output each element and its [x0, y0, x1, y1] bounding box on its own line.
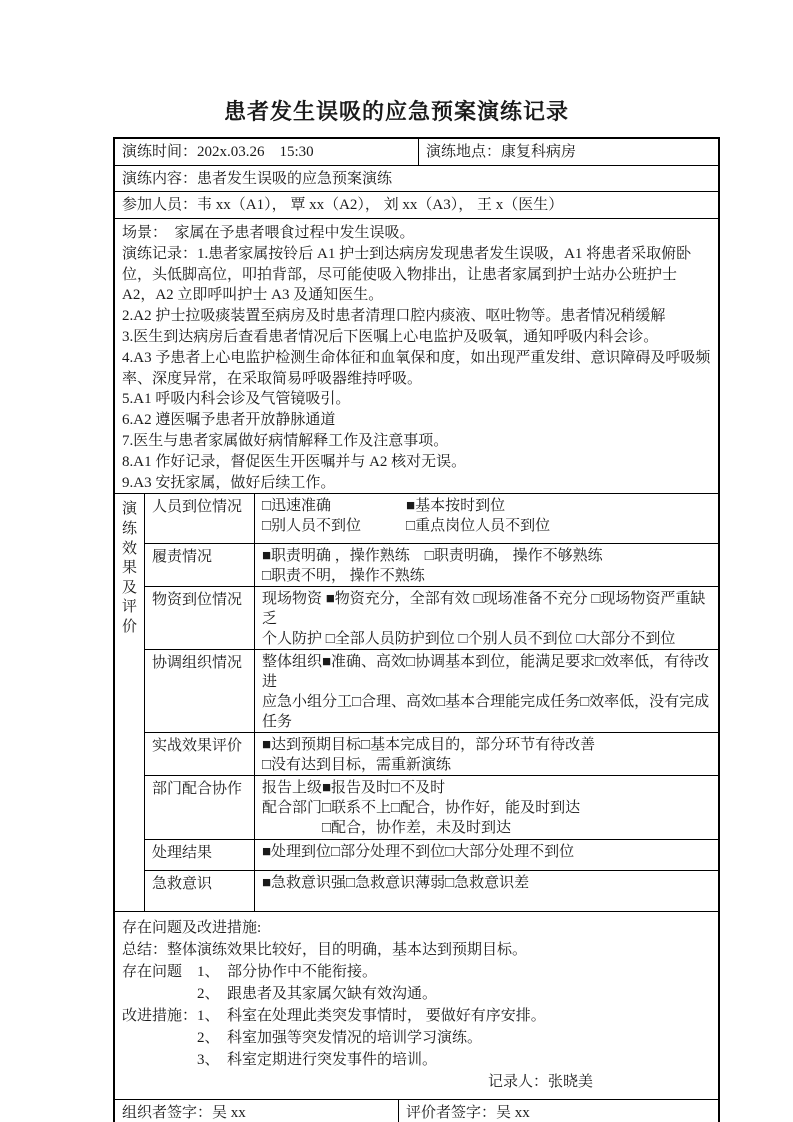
eval-row-content: ■处理到位□部分处理不到位□大部分处理不到位 — [255, 840, 718, 870]
cell-evaluator-signature: 评价者签字：吴 xx — [399, 1100, 718, 1122]
eval-row-label: 部门配合协作 — [145, 776, 255, 839]
cell-drill-time: 演练时间：202x.03.26 15:30 — [115, 139, 419, 165]
issues-summary: 总结：整体演练效果比较好，目的明确，基本达到预期目标。 — [122, 939, 711, 961]
eval-line: 报告上级■报告及时□不及时 — [262, 778, 718, 798]
scene-line: 6.A2 遵医嘱予患者开放静脉通道 — [122, 410, 711, 431]
eval-row-personnel: 人员到位情况 □迅速准确 ■基本按时到位 □别人员不到位 □重点岗位人员不到位 — [145, 494, 718, 543]
cell-scene-record: 场景： 家属在予患者喂食过程中发生误吸。 演练记录：1.患者家属按铃后 A1 护… — [115, 218, 718, 493]
eval-row-content: 报告上级■报告及时□不及时 配合部门□联系不上□配合，协作好，能及时到达 □配合… — [255, 776, 718, 839]
eval-line: □别人员不到位 □重点岗位人员不到位 — [262, 516, 718, 536]
scene-line: 2.A2 护士拉吸痰装置至病房及时患者清理口腔内痰液、呕吐物等。患者情况稍缓解 — [122, 306, 711, 327]
scene-line: 演练记录：1.患者家属按铃后 A1 护士到达病房发现患者发生误吸，A1 将患者采… — [122, 244, 711, 306]
eval-line: 整体组织■准确、高效□协调基本到位，能满足要求□效率低，有待改进 — [262, 652, 718, 692]
eval-row-supplies: 物资到位情况 现场物资 ■物资充分，全部有效 □现场准备不充分 □现场物资严重缺… — [145, 586, 718, 649]
cell-organizer-signature: 组织者签字：吴 xx — [115, 1100, 399, 1122]
eval-row-coordination: 协调组织情况 整体组织■准确、高效□协调基本到位，能满足要求□效率低，有待改进 … — [145, 649, 718, 732]
eval-row-content: 整体组织■准确、高效□协调基本到位，能满足要求□效率低，有待改进 应急小组分工□… — [255, 650, 718, 732]
eval-row-content: ■职责明确 ，操作熟练 □职责明确， 操作不够熟练 □职责不明， 操作不熟练 — [255, 544, 718, 586]
row-signatures: 组织者签字：吴 xx 评价者签字：吴 xx — [115, 1099, 718, 1122]
scene-line: 3.医生到达病房后查看患者情况后下医嘱上心电监护及吸氧，通知呼吸内科会诊。 — [122, 327, 711, 348]
eval-row-content: 现场物资 ■物资充分，全部有效 □现场准备不充分 □现场物资严重缺乏 个人防护 … — [255, 587, 718, 649]
recorder-line: 记录人：张晓美 — [122, 1071, 711, 1093]
eval-row-content: ■急救意识强□急救意识薄弱□急救意识差 — [255, 871, 718, 911]
issue-item: 2、 科室加强等突发情况的培训学习演练。 — [122, 1027, 711, 1049]
eval-row-content: □迅速准确 ■基本按时到位 □别人员不到位 □重点岗位人员不到位 — [255, 494, 718, 543]
document-page: 患者发生误吸的应急预案演练记录 演练时间：202x.03.26 15:30 演练… — [0, 0, 793, 1122]
evaluation-section: 演 练 效 果 及 评 价 人员到位情况 □迅速准确 ■基本按时到位 □别人员不… — [115, 493, 718, 911]
eval-row-label: 急救意识 — [145, 871, 255, 911]
eval-line: 配合部门□联系不上□配合，协作好，能及时到达 — [262, 798, 718, 818]
cell-drill-content: 演练内容：患者发生误吸的应急预案演练 — [115, 166, 399, 191]
issue-item: 2、 跟患者及其家属欠缺有效沟通。 — [122, 983, 711, 1005]
cell-issues-improvements: 存在问题及改进措施: 总结：整体演练效果比较好，目的明确，基本达到预期目标。 存… — [115, 911, 718, 1099]
eval-rows: 人员到位情况 □迅速准确 ■基本按时到位 □别人员不到位 □重点岗位人员不到位 … — [145, 494, 718, 911]
scene-line: 5.A1 呼吸内科会诊及气管镜吸引。 — [122, 389, 711, 410]
page-title: 患者发生误吸的应急预案演练记录 — [0, 0, 793, 127]
scene-line: 8.A1 作好记录，督促医生开医嘱并与 A2 核对无误。 — [122, 452, 711, 473]
eval-row-label: 协调组织情况 — [145, 650, 255, 732]
scene-line: 4.A3 予患者上心电监护检测生命体征和血氧保和度，如出现严重发绀、意识障碍及呼… — [122, 348, 711, 390]
scene-line: 7.医生与患者家属做好病情解释工作及注意事项。 — [122, 431, 711, 452]
eval-line: □迅速准确 ■基本按时到位 — [262, 496, 718, 516]
eval-row-awareness: 急救意识 ■急救意识强□急救意识薄弱□急救意识差 — [145, 870, 718, 911]
eval-row-label: 履责情况 — [145, 544, 255, 586]
eval-line: □配合，协作差，未及时到达 — [262, 818, 718, 838]
eval-row-label: 人员到位情况 — [145, 494, 255, 543]
eval-row-effect: 实战效果评价 ■达到预期目标□基本完成目的，部分环节有待改善 □没有达到目标，需… — [145, 732, 718, 775]
eval-line: □没有达到目标，需重新演练 — [262, 755, 718, 775]
record-table: 演练时间：202x.03.26 15:30 演练地点：康复科病房 演练内容：患者… — [113, 137, 720, 1122]
eval-row-content: ■达到预期目标□基本完成目的，部分环节有待改善 □没有达到目标，需重新演练 — [255, 733, 718, 775]
eval-line: 应急小组分工□合理、高效□基本合理能完成任务□效率低，没有完成任务 — [262, 692, 718, 732]
cell-participants: 参加人员：韦 xx（A1）， 覃 xx（A2）， 刘 xx（A3）， 王 x（医… — [115, 192, 570, 218]
issue-item: 改进措施：1、 科室在处理此类突发事情时， 要做好有序安排。 — [122, 1005, 711, 1027]
row-participants: 参加人员：韦 xx（A1）， 覃 xx（A2）， 刘 xx（A3）， 王 x（医… — [115, 191, 718, 218]
issue-item: 存在问题 1、 部分协作中不能衔接。 — [122, 961, 711, 983]
eval-row-label: 处理结果 — [145, 840, 255, 870]
row-time-location: 演练时间：202x.03.26 15:30 演练地点：康复科病房 — [115, 139, 718, 165]
eval-row-label: 物资到位情况 — [145, 587, 255, 649]
eval-row-duty: 履责情况 ■职责明确 ，操作熟练 □职责明确， 操作不够熟练 □职责不明， 操作… — [145, 543, 718, 586]
eval-row-result: 处理结果 ■处理到位□部分处理不到位□大部分处理不到位 — [145, 839, 718, 870]
eval-section-vertical-label: 演 练 效 果 及 评 价 — [115, 494, 145, 911]
eval-row-label: 实战效果评价 — [145, 733, 255, 775]
eval-line: ■急救意识强□急救意识薄弱□急救意识差 — [262, 873, 718, 893]
scene-line: 场景： 家属在予患者喂食过程中发生误吸。 — [122, 223, 711, 244]
eval-line: 现场物资 ■物资充分，全部有效 □现场准备不充分 □现场物资严重缺乏 — [262, 589, 718, 629]
eval-line: ■达到预期目标□基本完成目的，部分环节有待改善 — [262, 735, 718, 755]
eval-row-cooperation: 部门配合协作 报告上级■报告及时□不及时 配合部门□联系不上□配合，协作好，能及… — [145, 775, 718, 839]
eval-line: ■职责明确 ，操作熟练 □职责明确， 操作不够熟练 — [262, 546, 718, 566]
cell-drill-location: 演练地点：康复科病房 — [419, 139, 718, 165]
scene-line: 9.A3 安抚家属，做好后续工作。 — [122, 473, 711, 494]
eval-line: □职责不明， 操作不熟练 — [262, 566, 718, 586]
issues-heading: 存在问题及改进措施: — [122, 917, 711, 939]
row-drill-content: 演练内容：患者发生误吸的应急预案演练 — [115, 165, 718, 191]
eval-line: 个人防护 □全部人员防护到位 □个别人员不到位 □大部分不到位 — [262, 629, 718, 649]
eval-line: ■处理到位□部分处理不到位□大部分处理不到位 — [262, 842, 718, 862]
issue-item: 3、 科室定期进行突发事件的培训。 — [122, 1049, 711, 1071]
